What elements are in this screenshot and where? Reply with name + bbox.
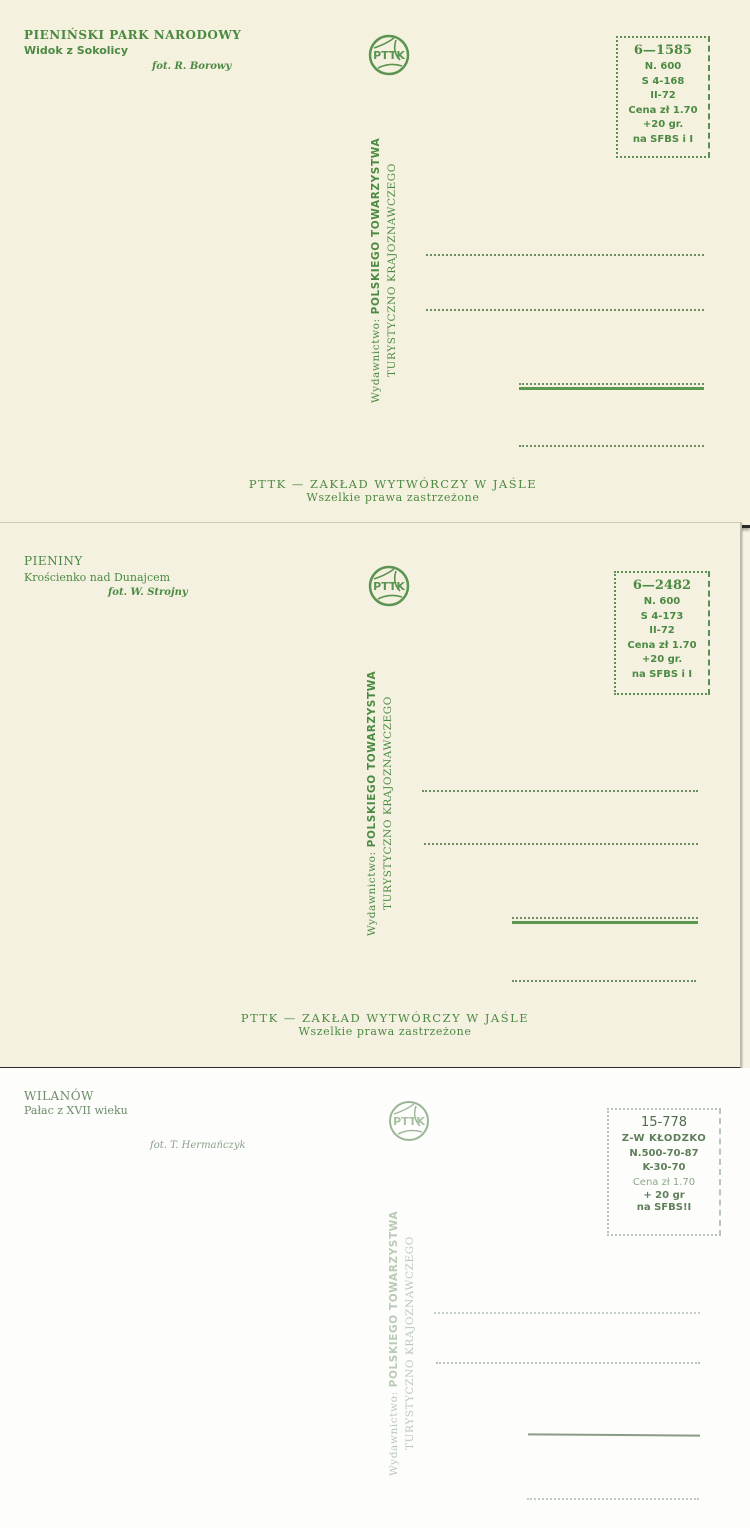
photo-credit: fot. T. Hermańczyk — [150, 1140, 246, 1151]
stamp-surcharge: + 20 gr — [611, 1190, 717, 1201]
photo-credit: fot. W. Strojny — [108, 587, 188, 598]
card-title: PIENINY — [24, 553, 83, 569]
card-footer: PTTK — ZAKŁAD WYTWÓRCZY W JAŚLE Wszelkie… — [183, 477, 603, 504]
publisher-line-1: POLSKIEGO TOWARZYSTWA — [388, 1210, 400, 1386]
pttk-globe-logo-icon: PTTK — [368, 34, 410, 76]
postcard-1: PIENIŃSKI PARK NARODOWY Widok z Sokolicy… — [0, 0, 750, 528]
publisher-prefix: Wydawnictwo: — [388, 1391, 400, 1476]
stamp-line: N.500-70-87 — [611, 1147, 717, 1162]
stamp-number: 6—1585 — [620, 42, 706, 60]
pttk-globe-logo-icon: PTTK — [368, 565, 410, 607]
address-line-3 — [512, 917, 698, 919]
postcard-2: PIENINY Krościenko nad Dunajcem fot. W. … — [0, 522, 742, 1070]
stamp-box: 6—1585 N. 600 S 4-168 II-72 Cena zł 1.70… — [616, 36, 710, 158]
address-line-3 — [528, 1433, 700, 1436]
stamp-line: S 4-168 — [620, 75, 706, 90]
card-title: WILANÓW — [24, 1088, 94, 1104]
card-subtitle: Widok z Sokolicy — [24, 44, 128, 58]
stamp-fund: na SFBS!I — [611, 1201, 717, 1216]
address-line-1 — [422, 790, 698, 792]
stamp-number: 15-778 — [611, 1114, 717, 1132]
photo-credit: fot. R. Borowy — [152, 61, 231, 72]
publisher-prefix: Wydawnictwo: — [366, 851, 378, 936]
address-line-2 — [426, 309, 704, 311]
stamp-box: 15-778 Z-W KŁODZKO N.500-70-87 K-30-70 C… — [607, 1108, 721, 1236]
publisher-line-2: TURYSTYCZNO KRAJOZNAWCZEGO — [382, 696, 394, 910]
card-subtitle: Pałac z XVII wieku — [24, 1104, 128, 1118]
stamp-number: 6—2482 — [618, 577, 706, 595]
address-line-4 — [512, 980, 696, 982]
stamp-price: Cena zł 1.70 — [620, 104, 706, 119]
stamp-fund: na SFBS i I — [620, 133, 706, 148]
stamp-line: N. 600 — [620, 60, 706, 75]
publisher-line-2: TURYSTYCZNO KRAJOZNAWCZEGO — [386, 163, 398, 377]
address-line-2 — [424, 843, 698, 845]
stamp-fund: na SFBS i I — [618, 668, 706, 683]
publisher-line-1: POLSKIEGO TOWARZYSTWA — [366, 670, 378, 846]
card-footer: PTTK — ZAKŁAD WYTWÓRCZY W JAŚLE Wszelkie… — [175, 1011, 595, 1038]
stamp-line: K-30-70 — [611, 1161, 717, 1176]
stamp-box: 6—2482 N. 600 S 4-173 II-72 Cena zł 1.70… — [614, 571, 710, 695]
address-line-1 — [434, 1312, 700, 1314]
stamp-line: II-72 — [618, 624, 706, 639]
stamp-line: S 4-173 — [618, 610, 706, 625]
address-line-4 — [519, 445, 704, 447]
address-line-3-underline — [519, 387, 704, 390]
footer-publisher: PTTK — ZAKŁAD WYTWÓRCZY W JAŚLE — [175, 1011, 595, 1025]
pttk-globe-logo-icon: PTTK — [388, 1100, 430, 1142]
address-line-1 — [426, 254, 704, 256]
publisher-imprint: Wydawnictwo: POLSKIEGO TOWARZYSTWA TURYS… — [368, 100, 400, 440]
footer-rights: Wszelkie prawa zastrzeżone — [175, 1025, 595, 1038]
stamp-price: Cena zł 1.70 — [618, 639, 706, 654]
address-line-2 — [436, 1362, 700, 1364]
publisher-imprint: Wydawnictwo: POLSKIEGO TOWARZYSTWA TURYS… — [364, 633, 396, 973]
publisher-line-2: TURYSTYCZNO KRAJOZNAWCZEGO — [404, 1236, 416, 1450]
stamp-price: Cena zł 1.70 — [611, 1176, 717, 1191]
stamp-surcharge: +20 gr. — [620, 118, 706, 133]
publisher-imprint: Wydawnictwo: POLSKIEGO TOWARZYSTWA TURYS… — [386, 1178, 418, 1508]
footer-rights: Wszelkie prawa zastrzeżone — [183, 491, 603, 504]
svg-text:PTTK: PTTK — [373, 49, 405, 62]
card-title: PIENIŃSKI PARK NARODOWY — [24, 27, 241, 43]
svg-text:PTTK: PTTK — [373, 580, 405, 593]
publisher-prefix: Wydawnictwo: — [370, 318, 382, 403]
address-line-3 — [519, 383, 704, 385]
footer-publisher: PTTK — ZAKŁAD WYTWÓRCZY W JAŚLE — [183, 477, 603, 491]
address-line-4 — [527, 1498, 699, 1500]
svg-text:PTTK: PTTK — [393, 1115, 425, 1128]
stamp-line: Z-W KŁODZKO — [611, 1132, 717, 1147]
stamp-surcharge: +20 gr. — [618, 653, 706, 668]
address-line-3-underline — [512, 921, 698, 924]
stamp-line: N. 600 — [618, 595, 706, 610]
publisher-line-1: POLSKIEGO TOWARZYSTWA — [370, 137, 382, 313]
stamp-line: II-72 — [620, 89, 706, 104]
card-subtitle: Krościenko nad Dunajcem — [24, 571, 170, 585]
postcard-3: WILANÓW Pałac z XVII wieku fot. T. Herma… — [0, 1068, 750, 1528]
